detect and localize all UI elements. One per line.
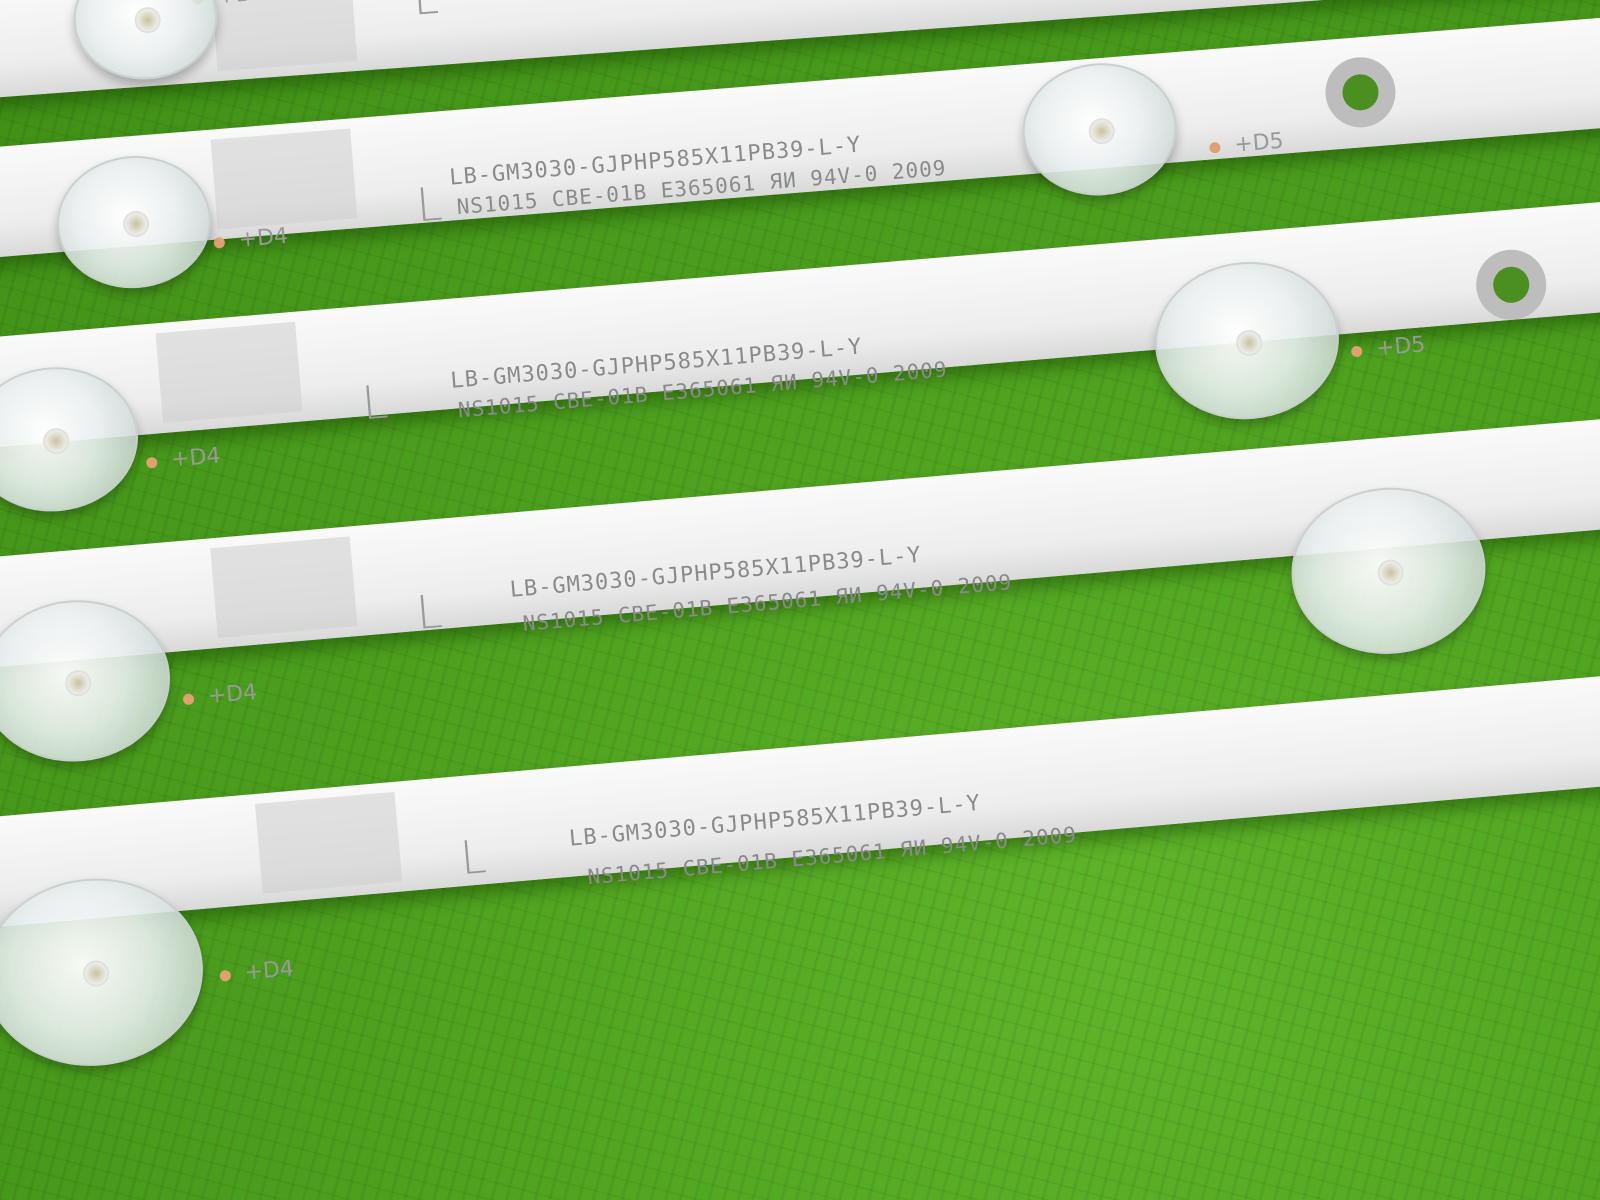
solder-pad	[219, 970, 231, 982]
led-chip	[1235, 328, 1263, 356]
diffuser-lens-right	[1285, 480, 1492, 661]
led-label-left: +D4	[170, 443, 221, 472]
led-label-left: +D4	[244, 956, 295, 985]
solder-pad	[146, 457, 158, 469]
solder-pad	[183, 693, 195, 705]
led-chip	[82, 960, 110, 988]
side-mark: L	[414, 584, 444, 640]
led-label-right: +D5	[1233, 129, 1284, 158]
led-label-right: +D5	[1375, 332, 1426, 361]
diffuser-lens-right	[1018, 57, 1182, 200]
led-chip	[122, 210, 150, 238]
diffuser-lens-left	[69, 0, 222, 84]
led-label-left: +D4	[207, 680, 258, 709]
led-strip: LB-GM3030-GJPHP585X11PB39-L-YNS1015 CBE-…	[0, 670, 1600, 929]
diffuser-lens-left	[0, 593, 177, 770]
side-mark: L	[414, 176, 444, 232]
diffuser-lens-left	[52, 150, 216, 293]
led-chip	[1377, 558, 1405, 586]
side-mark: L	[458, 829, 488, 885]
diffuser-lens-left	[0, 870, 211, 1075]
solder-pad	[213, 237, 225, 249]
led-chip	[42, 427, 70, 455]
led-chip	[134, 6, 162, 34]
led-label-left: +D4	[238, 224, 289, 253]
led-chip	[1088, 117, 1116, 145]
diffuser-lens-right	[1149, 255, 1345, 427]
mounting-hole	[1323, 55, 1398, 130]
label-patch	[156, 322, 303, 423]
side-mark: L	[360, 374, 390, 430]
label-patch	[255, 792, 402, 894]
led-chip	[64, 669, 92, 697]
side-mark: L	[411, 0, 441, 26]
label-patch	[211, 0, 357, 71]
label-patch	[211, 128, 358, 229]
diffuser-lens-left	[0, 361, 144, 519]
mounting-hole	[1473, 247, 1549, 323]
solder-pad	[1209, 142, 1221, 154]
solder-pad	[1351, 346, 1363, 358]
led-strip: LB-GM3030-GJPHP585X11PB39-L-YNS1015 CBE-…	[0, 413, 1600, 670]
label-patch	[210, 536, 357, 638]
